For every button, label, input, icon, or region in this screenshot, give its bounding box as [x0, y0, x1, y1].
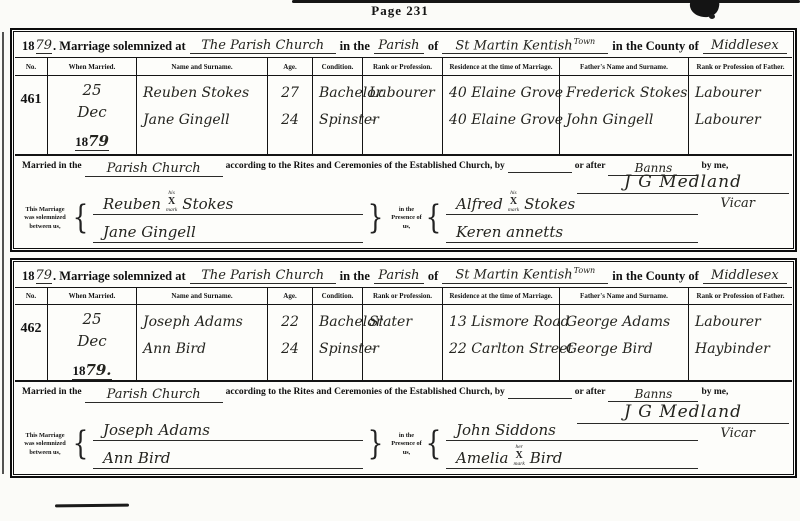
witness-brace: {: [426, 423, 442, 462]
col-when-married: When Married.: [48, 288, 137, 305]
when-day: 25: [82, 81, 101, 99]
witness-brace: {: [426, 197, 442, 236]
cell-ages: 27 24: [268, 76, 313, 154]
scan-artifact-line: [292, 0, 800, 3]
cell-names: Joseph Adams Ann Bird: [137, 305, 268, 380]
record-row: 461 25 Dec 1879 Reuben Stokes Jane Ginge…: [15, 76, 792, 154]
presence-label: in the Presence of us,: [390, 432, 423, 458]
groom-condition: Bachelor: [313, 314, 362, 330]
left-brace: {: [73, 197, 89, 236]
solemnized-label: This Marriage was solemnized between us,: [20, 432, 70, 458]
col-father-name: Father's Name and Surname.: [560, 288, 689, 305]
bride-age: 24: [281, 112, 299, 128]
groom-father-profession: Labourer: [689, 85, 792, 101]
ink-blot-small: [709, 14, 715, 19]
married-in-value: Parish Church: [85, 161, 223, 177]
bride-age: 24: [281, 341, 299, 357]
bride-name: Ann Bird: [137, 341, 267, 357]
parish-word: Parish: [374, 38, 424, 54]
officiant-title: Vicar: [577, 426, 789, 441]
by-blank-line: [508, 161, 572, 173]
by-me-label: by me,: [701, 387, 728, 397]
heading-text: . Marriage solemnized at: [53, 39, 186, 54]
groom-profession: Labourer: [363, 85, 442, 101]
col-age: Age.: [268, 288, 313, 305]
cell-conditions: Bachelor Spinster: [313, 305, 363, 380]
groom-age: 27: [281, 85, 299, 101]
year-prefix: 18: [22, 39, 35, 54]
heading-county-label: in the County of: [612, 39, 698, 54]
when-year: 1879: [75, 132, 109, 151]
scan-artifact-mark: [55, 504, 129, 507]
col-condition: Condition.: [313, 58, 363, 75]
year-handwritten: 79: [36, 268, 53, 284]
officiant-signature-block: J G Medland Vicar: [577, 174, 789, 211]
groom-residence: 40 Elaine Grove: [443, 85, 559, 101]
according-label: according to the Rites and Ceremonies of…: [226, 161, 505, 171]
cell-professions: Labourer –: [363, 76, 443, 154]
groom-residence: 13 Lismore Road: [443, 314, 559, 330]
col-father-profession: Rank or Profession of Father.: [689, 58, 792, 75]
groom-signature: Reuben hisXmark Stokes: [93, 194, 363, 215]
year-handwritten: 79: [36, 38, 53, 54]
or-after-label: or after: [575, 161, 606, 171]
page-number: Page 231: [0, 3, 800, 19]
church-name: The Parish Church: [190, 268, 336, 284]
groom-father-profession: Labourer: [689, 314, 792, 330]
col-rank-profession: Rank or Profession.: [363, 288, 443, 305]
cell-father-names: George Adams George Bird: [560, 305, 689, 380]
when-month: Dec: [77, 332, 106, 350]
married-in-label: Married in the: [22, 161, 82, 171]
bride-residence: 22 Carlton Street: [443, 341, 559, 357]
bride-signature: Ann Bird: [93, 448, 363, 469]
col-father-name: Father's Name and Surname.: [560, 58, 689, 75]
cell-father-professions: Labourer Haybinder: [689, 305, 792, 380]
column-headers: No. When Married. Name and Surname. Age.…: [15, 58, 792, 76]
col-name-surname: Name and Surname.: [137, 58, 268, 75]
year-prefix: 18: [22, 269, 35, 284]
by-me-label: by me,: [701, 161, 728, 171]
his-mark: hisXmark: [508, 190, 519, 213]
marriage-register-entry-462: 1879 . Marriage solemnized at The Parish…: [10, 258, 797, 478]
col-rank-profession: Rank or Profession.: [363, 58, 443, 75]
heading-in-the: in the: [340, 39, 370, 54]
bride-profession: –: [363, 112, 442, 128]
officiant-signature-block: J G Medland Vicar: [577, 404, 789, 441]
witness-2-signature: Amelia herXmark Bird: [446, 448, 698, 469]
county-name: Middlesex: [703, 38, 787, 54]
solemnized-label: This Marriage was solemnized between us,: [20, 206, 70, 232]
groom-father-name: Frederick Stokes: [560, 85, 688, 101]
col-no: No.: [15, 58, 48, 75]
cell-record-number: 461: [15, 76, 48, 154]
groom-name: Reuben Stokes: [137, 85, 267, 101]
married-in-value: Parish Church: [85, 387, 223, 403]
parish-name-main: St Martin Kentish: [455, 38, 572, 53]
col-condition: Condition.: [313, 288, 363, 305]
parish-name-main: St Martin Kentish: [455, 268, 572, 283]
when-year: 1879.: [72, 361, 111, 380]
bride-father-name: George Bird: [560, 341, 688, 357]
cell-conditions: Bachelor Spinster: [313, 76, 363, 154]
cell-residences: 13 Lismore Road 22 Carlton Street: [443, 305, 560, 380]
cell-residences: 40 Elaine Grove 40 Elaine Grove: [443, 76, 560, 154]
col-age: Age.: [268, 58, 313, 75]
entry-heading: 1879 . Marriage solemnized at The Parish…: [15, 263, 792, 288]
parish-name-superscript: Town: [574, 37, 596, 46]
col-no: No.: [15, 288, 48, 305]
entry-heading: 1879 . Marriage solemnized at The Parish…: [15, 33, 792, 58]
groom-signature: Joseph Adams: [93, 420, 363, 441]
col-when-married: When Married.: [48, 58, 137, 75]
officiant-title: Vicar: [577, 196, 789, 211]
bride-residence: 40 Elaine Grove: [443, 112, 559, 128]
cell-father-professions: Labourer Labourer: [689, 76, 792, 154]
bride-condition: Spinster: [313, 112, 362, 128]
scan-edge-line: [2, 32, 4, 474]
cell-father-names: Frederick Stokes John Gingell: [560, 76, 689, 154]
groom-age: 22: [281, 314, 299, 330]
groom-father-name: George Adams: [560, 314, 688, 330]
when-month: Dec: [77, 103, 106, 121]
her-mark: herXmark: [513, 444, 524, 467]
groom-name: Joseph Adams: [137, 314, 267, 330]
couple-signatures: Reuben hisXmark Stokes Jane Gingell: [93, 194, 363, 243]
officiant-signature: J G Medland: [577, 174, 789, 194]
scanned-register-page: Page 231 1879 . Marriage solemnized at T…: [0, 0, 800, 521]
heading-of: of: [428, 39, 438, 54]
col-residence: Residence at the time of Marriage.: [443, 58, 560, 75]
married-in-label: Married in the: [22, 387, 82, 397]
left-brace: {: [73, 423, 89, 462]
col-name-surname: Name and Surname.: [137, 288, 268, 305]
when-day: 25: [82, 310, 101, 328]
col-residence: Residence at the time of Marriage.: [443, 288, 560, 305]
marriage-register-entry-461: 1879 . Marriage solemnized at The Parish…: [10, 28, 797, 252]
bride-father-profession: Haybinder: [689, 341, 792, 357]
couple-signatures: Joseph Adams Ann Bird: [93, 420, 363, 469]
cell-professions: Slater –: [363, 305, 443, 380]
county-name: Middlesex: [703, 268, 787, 284]
bride-condition: Spinster: [313, 341, 362, 357]
groom-condition: Bachelor: [313, 85, 362, 101]
cell-names: Reuben Stokes Jane Gingell: [137, 76, 268, 154]
bride-profession: –: [363, 341, 442, 357]
right-brace: }: [368, 423, 384, 462]
presence-label: in the Presence of us,: [390, 206, 423, 232]
by-blank-line: [508, 387, 572, 399]
column-headers: No. When Married. Name and Surname. Age.…: [15, 288, 792, 306]
witness-2-signature: Keren annetts: [446, 222, 698, 243]
according-label: according to the Rites and Ceremonies of…: [226, 387, 505, 397]
bride-signature: Jane Gingell: [93, 222, 363, 243]
bride-father-name: John Gingell: [560, 112, 688, 128]
record-row: 462 25 Dec 1879. Joseph Adams Ann Bird 2…: [15, 305, 792, 380]
parish-name: St Martin KentishTown: [442, 266, 608, 283]
bride-father-profession: Labourer: [689, 112, 792, 128]
cell-record-number: 462: [15, 305, 48, 380]
heading-in-the: in the: [340, 269, 370, 284]
bride-name: Jane Gingell: [137, 112, 267, 128]
cell-when-married: 25 Dec 1879: [48, 76, 137, 154]
heading-county-label: in the County of: [612, 269, 698, 284]
parish-name: St Martin KentishTown: [442, 37, 608, 54]
heading-text: . Marriage solemnized at: [53, 269, 186, 284]
cell-when-married: 25 Dec 1879.: [48, 305, 137, 380]
col-father-profession: Rank or Profession of Father.: [689, 288, 792, 305]
banns-value: Banns: [608, 387, 698, 402]
right-brace: }: [368, 197, 384, 236]
heading-of: of: [428, 269, 438, 284]
officiant-signature: J G Medland: [577, 404, 789, 424]
or-after-label: or after: [575, 387, 606, 397]
groom-profession: Slater: [363, 314, 442, 330]
church-name: The Parish Church: [190, 38, 336, 54]
his-mark: hisXmark: [166, 190, 177, 213]
parish-name-superscript: Town: [574, 266, 596, 275]
parish-word: Parish: [374, 268, 424, 284]
cell-ages: 22 24: [268, 305, 313, 380]
